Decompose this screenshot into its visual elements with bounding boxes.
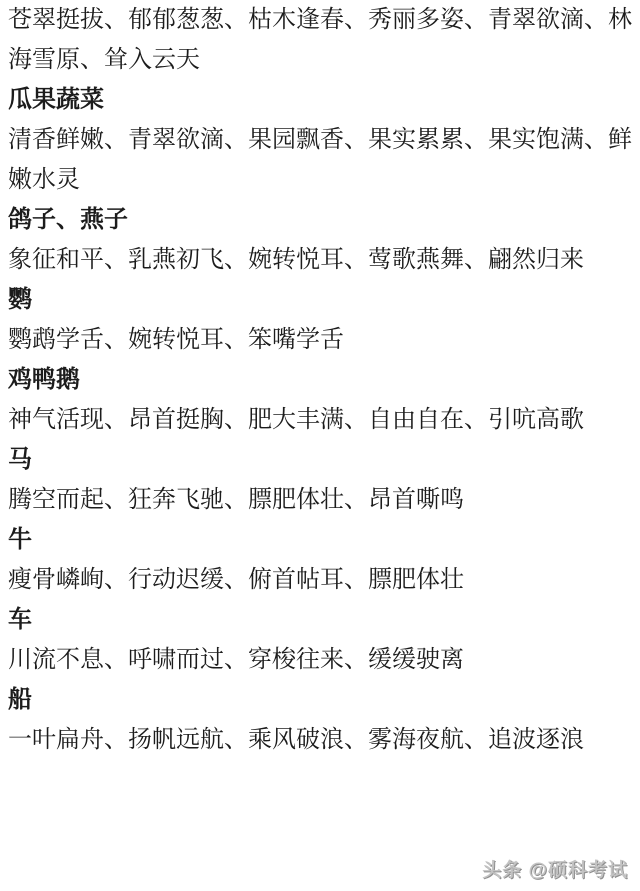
category-heading: 鸡鸭鹅 (8, 360, 632, 400)
category-phrases: 川流不息、呼啸而过、穿梭往来、缓缓驶离 (8, 640, 632, 680)
category-heading: 牛 (8, 520, 632, 560)
sections: 瓜果蔬菜 清香鲜嫩、青翠欲滴、果园飘香、果实累累、果实饱满、鲜嫩水灵 鸽子、燕子… (8, 80, 632, 760)
category-phrases: 瘦骨嶙峋、行动迟缓、俯首帖耳、膘肥体壮 (8, 560, 632, 600)
category-phrases: 象征和平、乳燕初飞、婉转悦耳、莺歌燕舞、翩然归来 (8, 240, 632, 280)
category-phrases: 腾空而起、狂奔飞驰、膘肥体壮、昂首嘶鸣 (8, 480, 632, 520)
category-heading: 鹦 (8, 280, 632, 320)
category-phrases: 清香鲜嫩、青翠欲滴、果园飘香、果实累累、果实饱满、鲜嫩水灵 (8, 120, 632, 200)
category-heading: 车 (8, 600, 632, 640)
category-phrases: 神气活现、昂首挺胸、肥大丰满、自由自在、引吭高歌 (8, 400, 632, 440)
category-heading: 鸽子、燕子 (8, 200, 632, 240)
category-phrases: 一叶扁舟、扬帆远航、乘风破浪、雾海夜航、追波逐浪 (8, 720, 632, 760)
intro-phrases: 苍翠挺拔、郁郁葱葱、枯木逢春、秀丽多姿、青翠欲滴、林海雪原、耸入云天 (8, 0, 632, 80)
watermark: 头条 @硕科考试 (482, 855, 628, 882)
category-heading: 马 (8, 440, 632, 480)
category-heading: 船 (8, 680, 632, 720)
category-heading: 瓜果蔬菜 (8, 80, 632, 120)
category-phrases: 鹦鹉学舌、婉转悦耳、笨嘴学舌 (8, 320, 632, 360)
phrase-list-document: 苍翠挺拔、郁郁葱葱、枯木逢春、秀丽多姿、青翠欲滴、林海雪原、耸入云天 瓜果蔬菜 … (8, 0, 632, 760)
